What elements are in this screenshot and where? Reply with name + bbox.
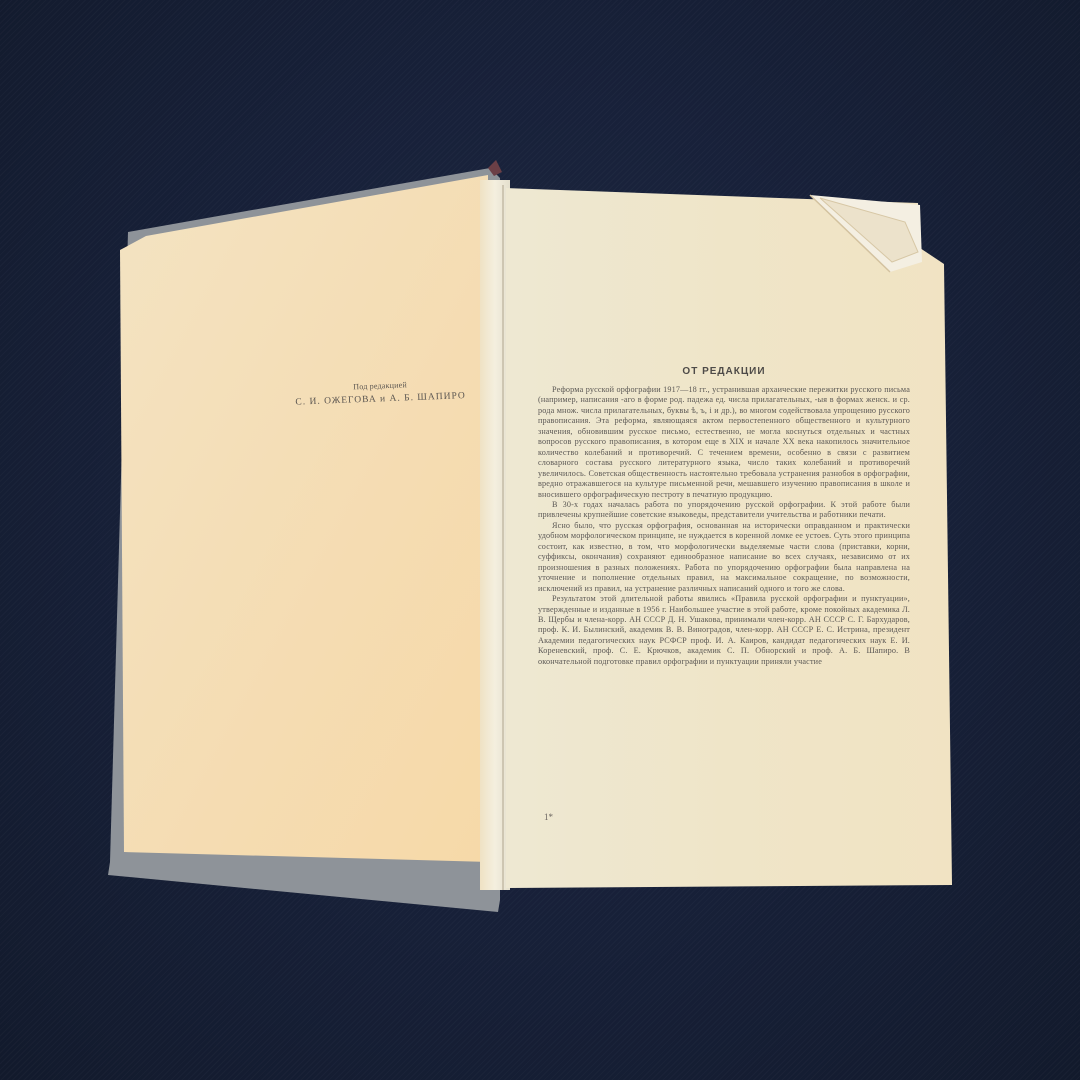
paragraph: В 30-х годах началась работа по упорядоч… — [538, 500, 910, 521]
page-title: ОТ РЕДАКЦИИ — [538, 366, 910, 377]
paragraph: Результатом этой длительной работы явили… — [538, 594, 910, 667]
right-page-text: ОТ РЕДАКЦИИ Реформа русской орфографии 1… — [538, 366, 910, 667]
paragraph: Ясно было, что русская орфография, основ… — [538, 521, 910, 594]
page-marker: 1* — [544, 812, 553, 822]
paragraph: Реформа русской орфографии 1917—18 гг., … — [538, 385, 910, 500]
